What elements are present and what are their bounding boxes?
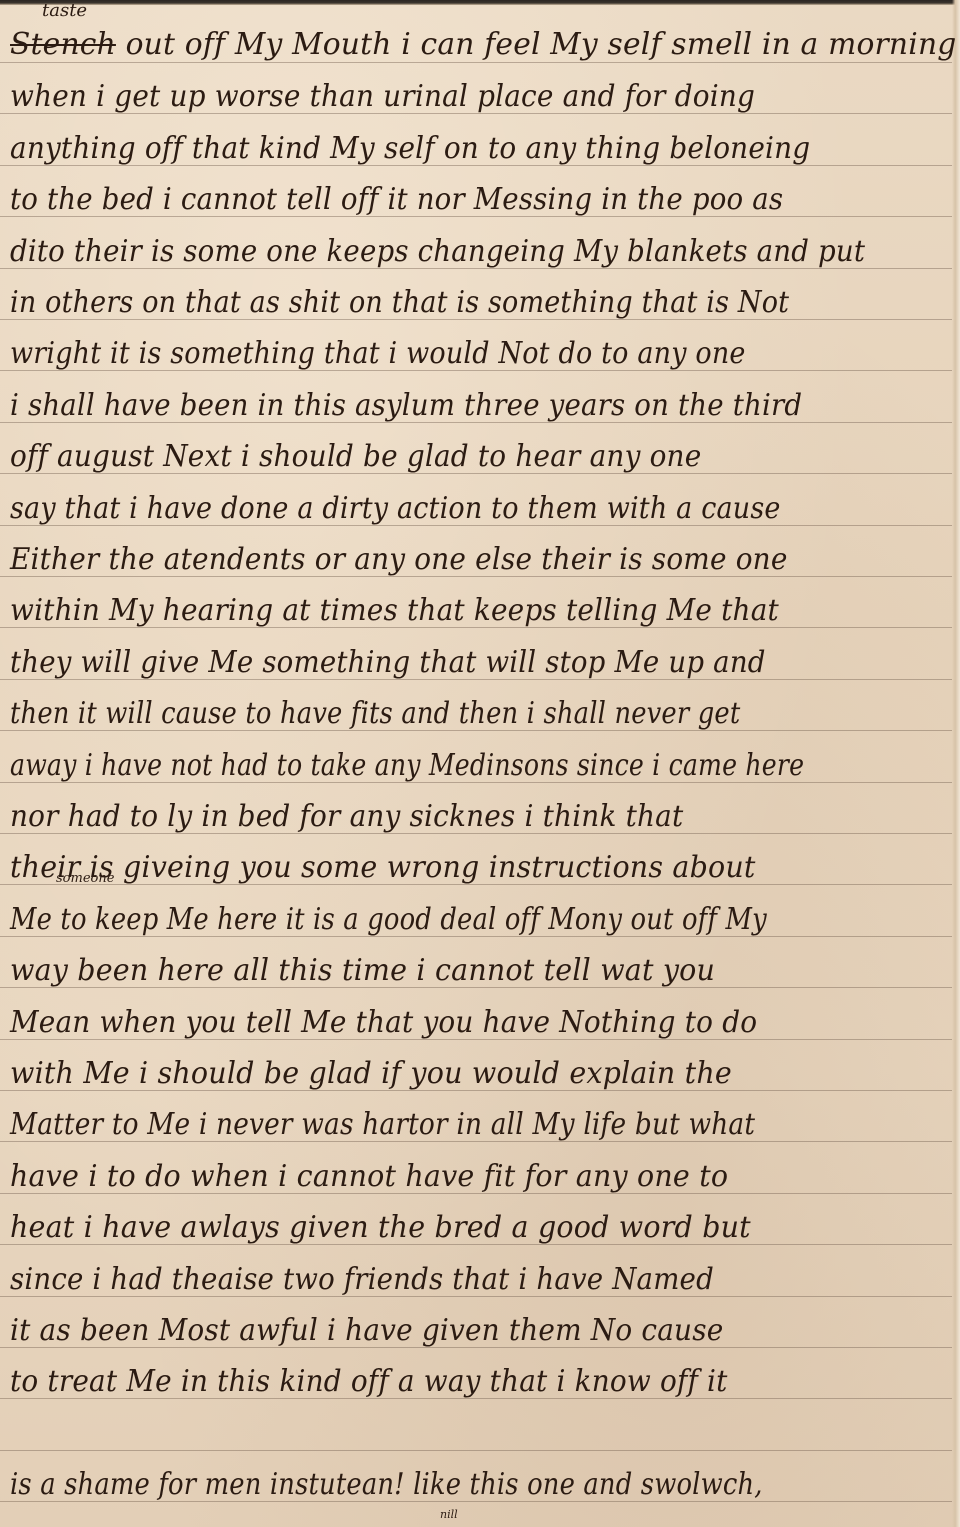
handwritten-line: since i had theaise two friends that i h… — [10, 1265, 714, 1295]
handwritten-line: their is giveing you some wrong instruct… — [10, 853, 756, 883]
handwritten-line: nor had to ly in bed for any sicknes i t… — [10, 802, 683, 832]
handwritten-line: heat i have awlays given the bred a good… — [10, 1213, 751, 1243]
page-right-edge — [952, 0, 960, 1527]
handwritten-line: within My hearing at times that keeps te… — [10, 596, 779, 626]
handwritten-line: Matter to Me i never was hartor in all M… — [10, 1110, 755, 1140]
handwritten-line: in others on that as shit on that is som… — [10, 288, 789, 318]
handwritten-line: to treat Me in this kind off a way that … — [10, 1367, 728, 1397]
handwritten-line: way been here all this time i cannot tel… — [10, 956, 715, 986]
handwritten-line: Me to keep Me here it is a good deal off… — [10, 905, 767, 935]
struck-word: Stench — [10, 27, 116, 62]
handwritten-line: with Me i should be glad if you would ex… — [10, 1059, 732, 1089]
handwritten-line: away i have not had to take any Medinson… — [10, 751, 804, 781]
annotation-taste: taste — [42, 2, 87, 20]
handwritten-line: Mean when you tell Me that you have Noth… — [10, 1008, 757, 1038]
ruled-line — [0, 1450, 952, 1451]
handwritten-line: dito their is some one keeps changeing M… — [10, 237, 865, 267]
handwritten-line: have i to do when i cannot have fit for … — [10, 1162, 728, 1192]
handwritten-line: anything off that kind My self on to any… — [10, 134, 810, 164]
handwritten-line: i shall have been in this asylum three y… — [10, 391, 802, 421]
handwritten-line: is a shame for men instutean! like this … — [10, 1470, 763, 1500]
handwritten-line: when i get up worse than urinal place an… — [10, 82, 755, 112]
letter-page: taste someone nill Stench out off My Mou… — [0, 0, 960, 1527]
handwritten-line: say that i have done a dirty action to t… — [10, 494, 781, 524]
annotation-nill: nill — [440, 1509, 458, 1520]
handwritten-line: Either the atendents or any one else the… — [10, 545, 788, 575]
handwritten-line-1: Stench out off My Mouth i can feel My se… — [10, 30, 956, 60]
ruled-line — [0, 62, 952, 63]
handwritten-line: it as been Most awful i have given them … — [10, 1316, 723, 1346]
handwritten-line: to the bed i cannot tell off it nor Mess… — [10, 185, 783, 215]
handwritten-line: off august Next i should be glad to hear… — [10, 442, 701, 472]
line-text: out off My Mouth i can feel My self smel… — [116, 27, 957, 62]
page-top-edge — [0, 0, 960, 5]
handwritten-line: wright it is something that i would Not … — [10, 339, 746, 369]
handwritten-line: then it will cause to have fits and then… — [10, 699, 740, 729]
handwritten-line: they will give Me something that will st… — [10, 648, 766, 678]
